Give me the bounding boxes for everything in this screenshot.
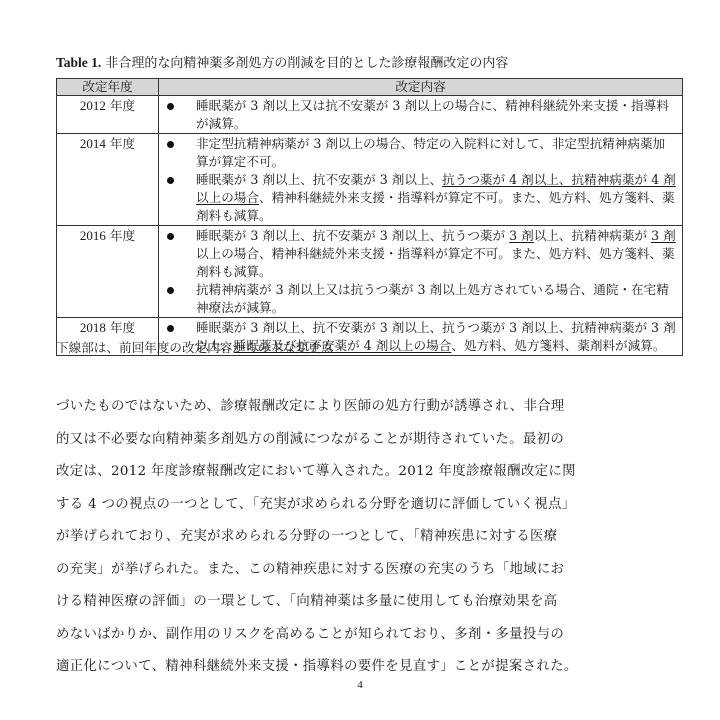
revision-item-list: 非定型抗精神病薬が 3 剤以上の場合、特定の入院料に対して、非定型抗精神病薬加算… xyxy=(159,134,682,225)
revision-table: 改定年度 改定内容 2012 年度睡眠薬が 3 剤以上又は抗不安薬が 3 剤以上… xyxy=(56,78,683,356)
list-item: 抗精神病薬が 3 剤以上又は抗うつ薬が 3 剤以上処方されている場合、通院・在宅… xyxy=(159,281,676,317)
table-header-row: 改定年度 改定内容 xyxy=(57,79,683,96)
list-item: 睡眠薬が 3 剤以上、抗不安薬が 3 剤以上、抗うつ薬が 4 剤以上、抗精神病薬… xyxy=(159,171,676,225)
table-body: 2012 年度睡眠薬が 3 剤以上又は抗不安薬が 3 剤以上の場合に、精神科継続… xyxy=(57,96,683,356)
bullet-icon xyxy=(167,141,174,148)
revision-item-list: 睡眠薬が 3 剤以上又は抗不安薬が 3 剤以上の場合に、精神科継続外来支援・指導… xyxy=(159,96,682,133)
revision-content-cell: 睡眠薬が 3 剤以上、抗不安薬が 3 剤以上、抗うつ薬が 3 剤以上、抗精神病薬… xyxy=(159,226,683,318)
item-text: 抗精神病薬が 3 剤以上又は抗うつ薬が 3 剤以上処方されている場合、通院・在宅… xyxy=(196,282,669,315)
revision-year-cell: 2016 年度 xyxy=(57,226,159,318)
item-text: 睡眠薬が 3 剤以上、抗不安薬が 3 剤以上、 xyxy=(196,172,442,187)
item-text: 睡眠薬が 3 剤以上又は抗不安薬が 3 剤以上の場合に、精神科継続外来支援・指導… xyxy=(196,98,669,131)
header-year: 改定年度 xyxy=(57,79,159,96)
bullet-icon xyxy=(167,287,174,294)
underlined-change-text: 3 剤 xyxy=(651,228,676,243)
header-content: 改定内容 xyxy=(159,79,683,96)
year-suffix: 年度 xyxy=(106,98,135,113)
table-row: 2012 年度睡眠薬が 3 剤以上又は抗不安薬が 3 剤以上の場合に、精神科継続… xyxy=(57,96,683,134)
underlined-change-text: 3 剤 xyxy=(509,228,534,243)
list-item: 非定型抗精神病薬が 3 剤以上の場合、特定の入院料に対して、非定型抗精神病薬加算… xyxy=(159,135,676,171)
table-caption: Table 1. 非合理的な向精神薬多剤処方の削減を目的とした診療報酬改定の内容 xyxy=(56,55,696,72)
item-text: 睡眠薬が 3 剤以上、抗不安薬が 3 剤以上、抗うつ薬が xyxy=(196,228,509,243)
bullet-icon xyxy=(167,103,174,110)
body-line: する 4 つの視点の一つとして、「充実が求められる分野を適切に評価していく視点」 xyxy=(56,489,692,522)
year-suffix: 年度 xyxy=(106,320,135,335)
body-line: 的又は不必要な向精神薬多剤処方の削減につながることが期待されていた。最初の xyxy=(56,424,692,457)
page-number: 4 xyxy=(0,679,720,691)
year-suffix: 年度 xyxy=(106,228,135,243)
table-row: 2014 年度非定型抗精神病薬が 3 剤以上の場合、特定の入院料に対して、非定型… xyxy=(57,134,683,226)
table-footnote: 下線部は、前回年度の改定内容からの主な変更点 xyxy=(56,340,333,356)
table-row: 2016 年度睡眠薬が 3 剤以上、抗不安薬が 3 剤以上、抗うつ薬が 3 剤以… xyxy=(57,226,683,318)
item-text: 以上、抗精神病薬が xyxy=(534,228,651,243)
body-paragraph: づいたものではないため、診療報酬改定により医師の処方行動が誘導され、非合理的又は… xyxy=(56,391,692,684)
list-item: 睡眠薬が 3 剤以上又は抗不安薬が 3 剤以上の場合に、精神科継続外来支援・指導… xyxy=(159,97,676,133)
revision-item-list: 睡眠薬が 3 剤以上、抗不安薬が 3 剤以上、抗うつ薬が 3 剤以上、抗精神病薬… xyxy=(159,226,682,317)
body-line: づいたものではないため、診療報酬改定により医師の処方行動が誘導され、非合理 xyxy=(56,391,692,424)
revision-content-cell: 非定型抗精神病薬が 3 剤以上の場合、特定の入院料に対して、非定型抗精神病薬加算… xyxy=(159,134,683,226)
list-item: 睡眠薬が 3 剤以上、抗不安薬が 3 剤以上、抗うつ薬が 3 剤以上、抗精神病薬… xyxy=(159,227,676,281)
item-text: 以上の場合、精神科継続外来支援・指導料が算定不可。また、処方料、処方箋料、薬剤料… xyxy=(196,246,675,279)
table-label: Table 1. xyxy=(56,55,101,70)
revision-content-cell: 睡眠薬が 3 剤以上又は抗不安薬が 3 剤以上の場合に、精神科継続外来支援・指導… xyxy=(159,96,683,134)
item-text: 非定型抗精神病薬が 3 剤以上の場合、特定の入院料に対して、非定型抗精神病薬加算… xyxy=(196,136,665,169)
revision-year-cell: 2014 年度 xyxy=(57,134,159,226)
year-number: 2018 xyxy=(80,320,106,335)
bullet-icon xyxy=(167,325,174,332)
item-text: 、精神科継続外来支援・指導料が算定不可。また、処方料、処方箋料、薬剤料も減算。 xyxy=(196,190,675,223)
body-line: ける精神医療の評価」の一環として、「向精神薬は多量に使用しても治療効果を高 xyxy=(56,586,692,619)
body-line: が挙げられており、充実が求められる分野の一つとして、「精神疾患に対する医療 xyxy=(56,521,692,554)
item-text: 、処方料、処方箋料、薬剤料が減算。 xyxy=(451,338,665,353)
year-number: 2012 xyxy=(80,98,106,113)
revision-year-cell: 2012 年度 xyxy=(57,96,159,134)
body-line: の充実」が挙げられた。また、この精神疾患に対する医療の充実のうち「地域にお xyxy=(56,554,692,587)
year-suffix: 年度 xyxy=(106,136,135,151)
body-line: 改定は、2012 年度診療報酬改定において導入された。2012 年度診療報酬改定… xyxy=(56,456,692,489)
bullet-icon xyxy=(167,177,174,184)
bullet-icon xyxy=(167,233,174,240)
year-number: 2016 xyxy=(80,228,106,243)
year-number: 2014 xyxy=(80,136,106,151)
table-title: 非合理的な向精神薬多剤処方の削減を目的とした診療報酬改定の内容 xyxy=(105,56,508,71)
body-line: めないばかりか、副作用のリスクを高めることが知られており、多剤・多量投与の xyxy=(56,619,692,652)
